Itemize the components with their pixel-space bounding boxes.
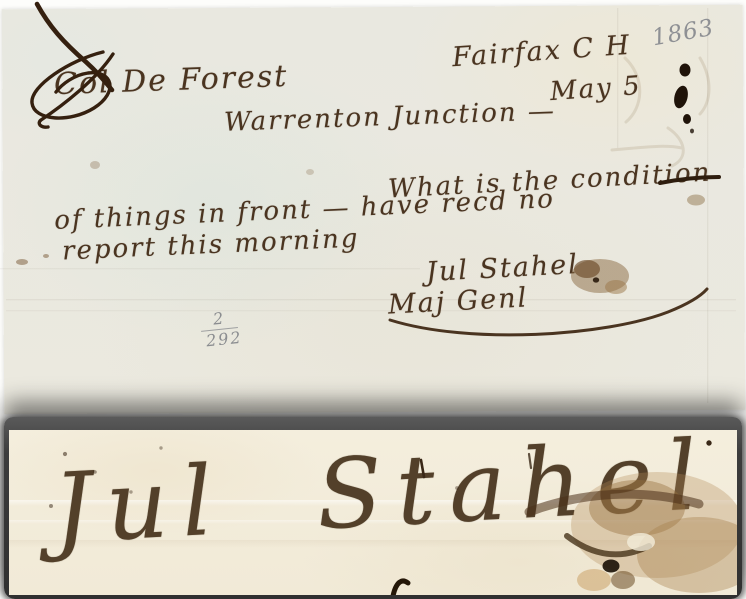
next-line-hint xyxy=(393,581,408,595)
signature-name: Jul Stahel xyxy=(425,251,579,286)
signature-rank: Maj Genl xyxy=(387,284,529,318)
dateline-date: May 5 xyxy=(549,73,642,105)
document-scan: 1863 Fairfax C H May 5 Col De Forest War… xyxy=(0,0,746,599)
closeup-frame: Jul Stahel xyxy=(4,417,742,599)
archival-fraction-denominator: 292 xyxy=(205,328,243,350)
addressee-name: Col De Forest xyxy=(54,62,289,100)
closeup-paper: Jul Stahel xyxy=(9,430,737,595)
closeup-signature: Jul Stahel xyxy=(51,430,714,557)
archival-fraction: 2 292 xyxy=(199,309,239,350)
